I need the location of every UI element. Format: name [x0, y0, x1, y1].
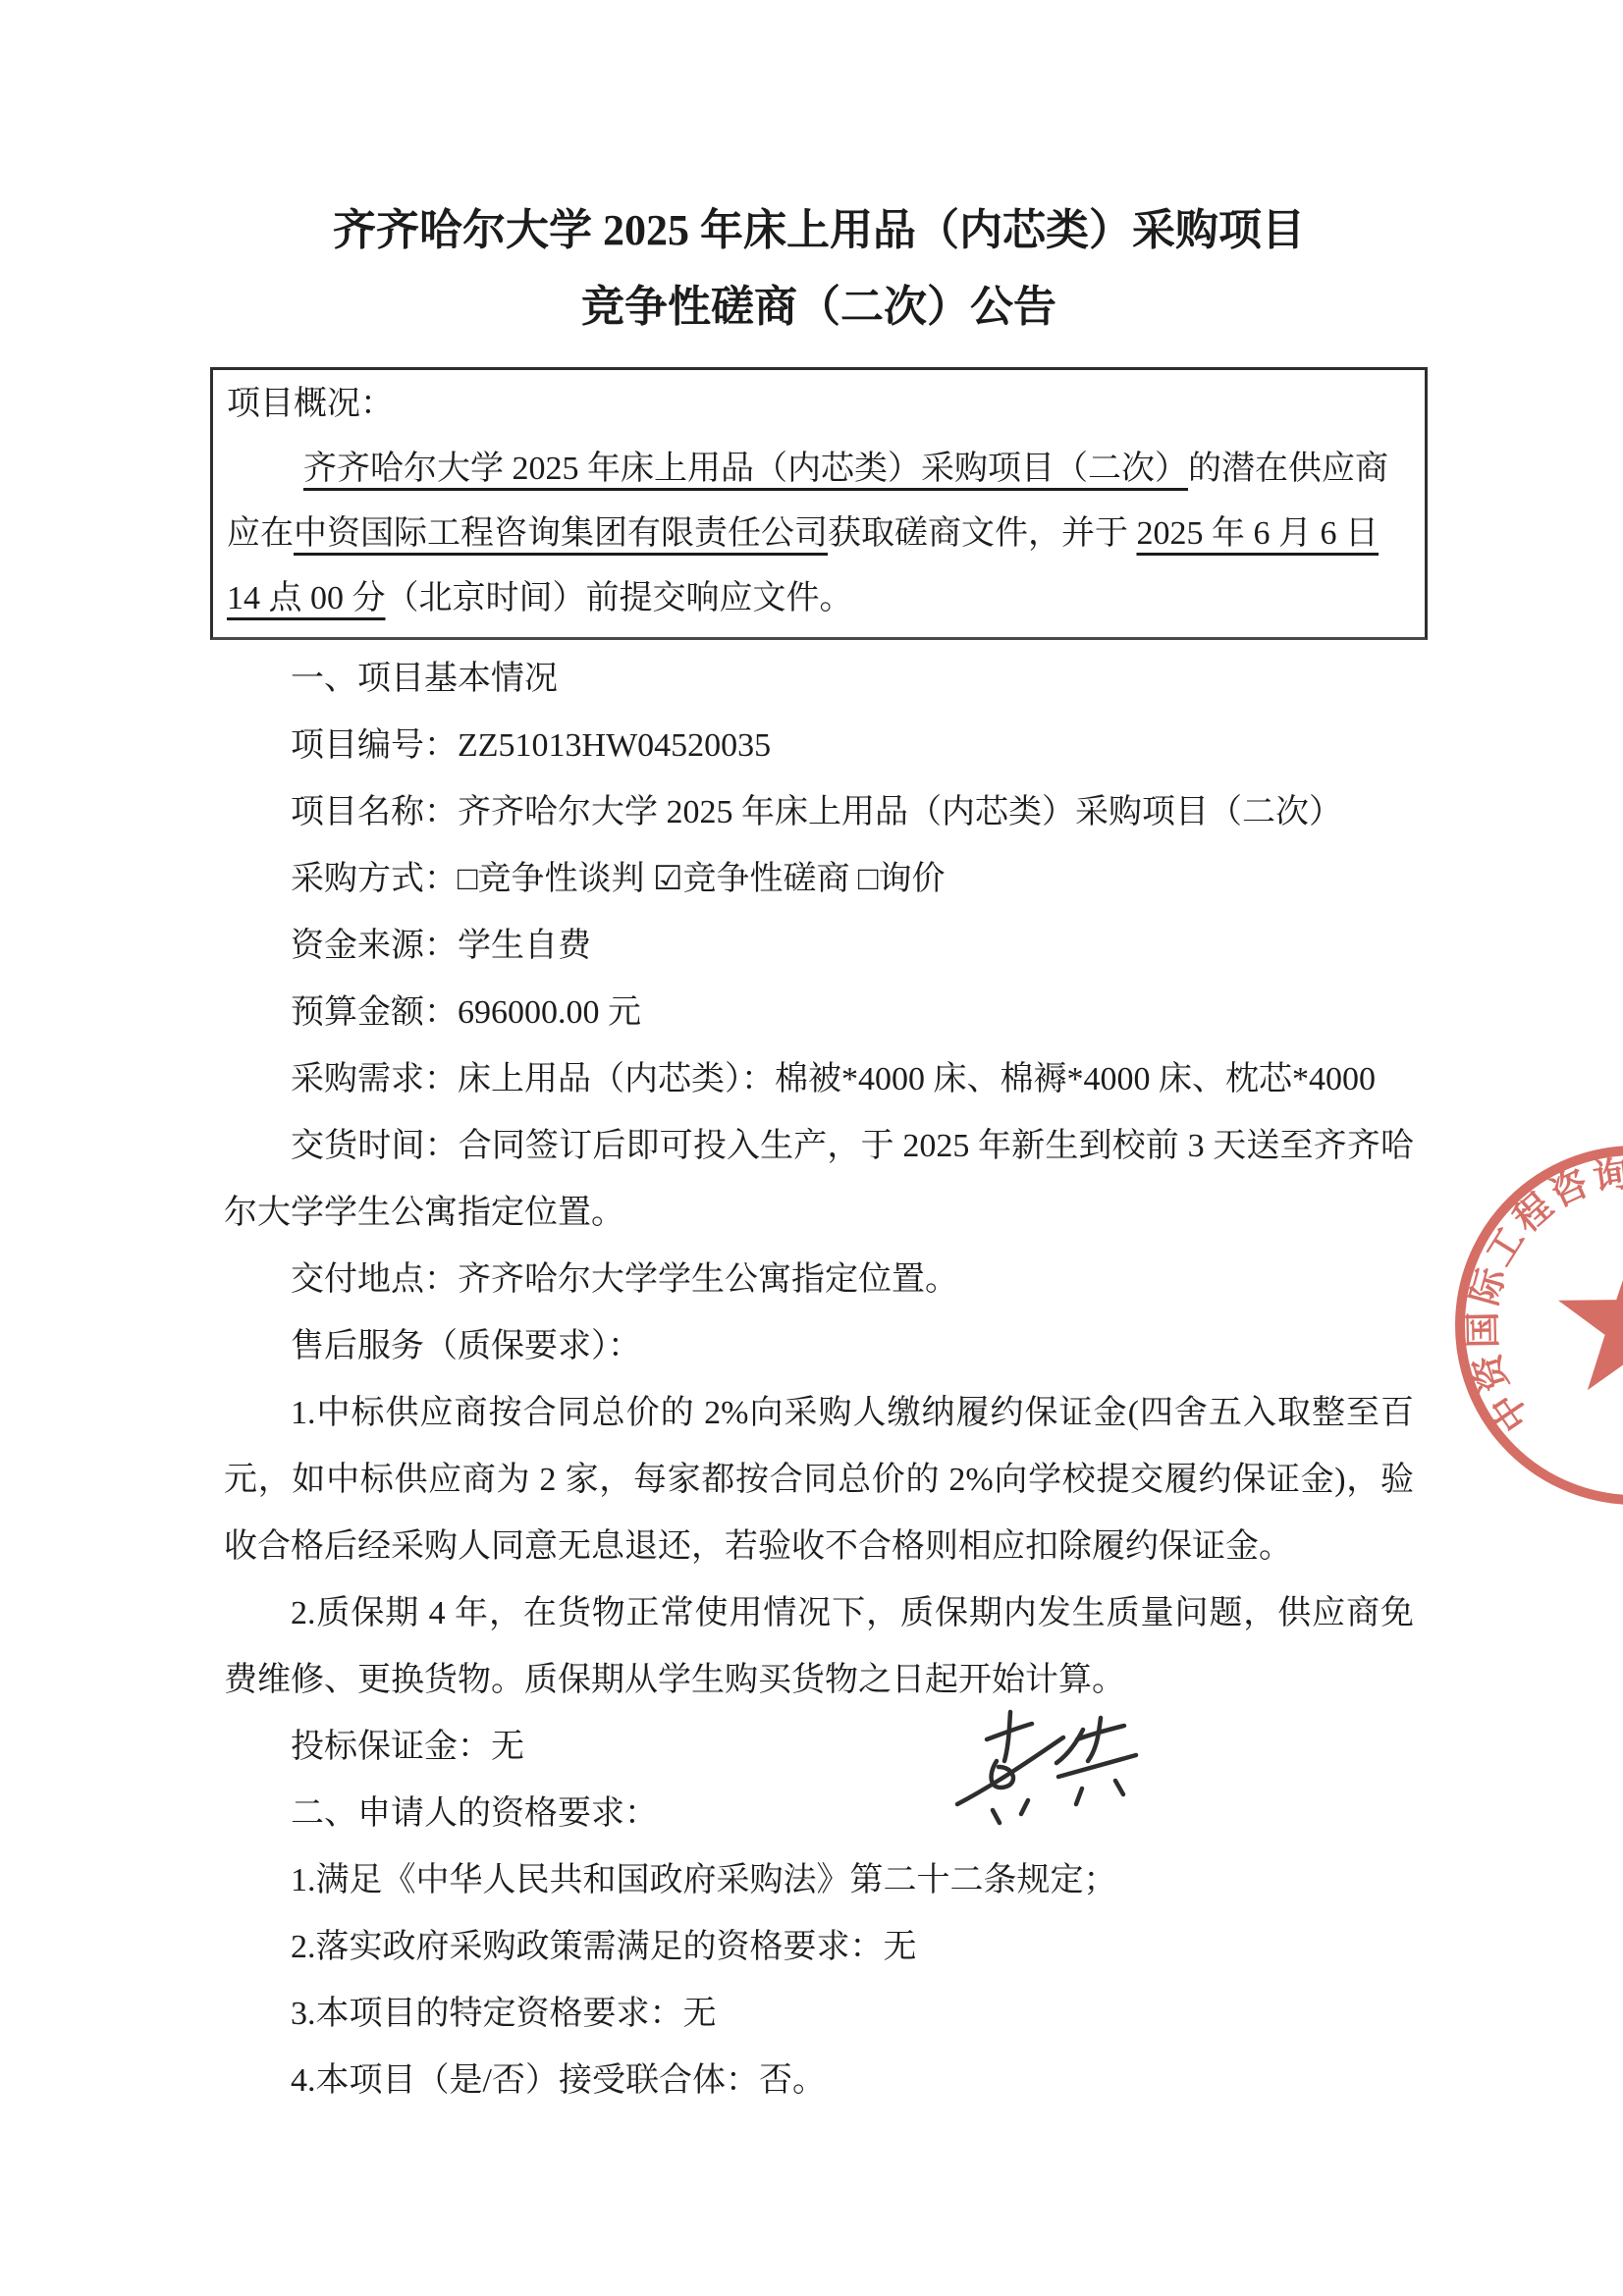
document-content: 齐齐哈尔大学 2025 年床上用品（内芯类）采购项目 竞争性磋商（二次）公告 项…: [224, 192, 1414, 2114]
procurement-demand: 采购需求：床上用品（内芯类）：棉被*4000 床、棉褥*4000 床、枕芯*40…: [224, 1046, 1414, 1113]
project-name: 项目名称：齐齐哈尔大学 2025 年床上用品（内芯类）采购项目（二次）: [224, 779, 1414, 846]
after-sales-heading: 售后服务（质保要求）：: [224, 1313, 1414, 1380]
project-overview-box: 项目概况： 齐齐哈尔大学 2025 年床上用品（内芯类）采购项目（二次）的潜在供…: [210, 367, 1428, 640]
funding-source: 资金来源：学生自费: [224, 913, 1414, 980]
budget-amount: 预算金额：696000.00 元: [224, 980, 1414, 1046]
seal-outer-ring: [1460, 1150, 1623, 1500]
bid-bond: 投标保证金：无: [224, 1714, 1414, 1781]
delivery-time: 交货时间：合同签订后即可投入生产，于 2025 年新生到校前 3 天送至齐齐哈尔…: [224, 1113, 1414, 1247]
qualification-item-3: 3.本项目的特定资格要求：无: [224, 1981, 1414, 2048]
seal-star-icon: [1558, 1245, 1623, 1390]
overview-agency-name: 中资国际工程咨询集团有限责任公司: [294, 515, 828, 552]
title-line-1: 齐齐哈尔大学 2025 年床上用品（内芯类）采购项目: [224, 192, 1414, 269]
qualification-item-1: 1.满足《中华人民共和国政府采购法》第二十二条规定；: [224, 1847, 1414, 1914]
section-heading-basic-info: 一、项目基本情况: [224, 646, 1414, 713]
after-sales-item-1: 1.中标供应商按合同总价的 2%向采购人缴纳履约保证金(四舍五入取整至百元，如中…: [224, 1380, 1414, 1580]
seal-company-name: 中资国际工程咨询集团有限责任公司: [1463, 1152, 1623, 1438]
document-page: 齐齐哈尔大学 2025 年床上用品（内芯类）采购项目 竞争性磋商（二次）公告 项…: [0, 0, 1623, 2296]
qualification-item-2: 2.落实政府采购政策需满足的资格要求：无: [224, 1914, 1414, 1981]
document-body: 一、项目基本情况 项目编号：ZZ51013HW04520035 项目名称：齐齐哈…: [224, 646, 1414, 2114]
overview-text-c: （北京时间）前提交响应文件。: [386, 580, 853, 616]
section-heading-qualifications: 二、申请人的资格要求：: [224, 1781, 1414, 1847]
qualification-item-4: 4.本项目（是/否）接受联合体：否。: [224, 2048, 1414, 2114]
title-line-2: 竞争性磋商（二次）公告: [224, 269, 1414, 346]
overview-paragraph: 齐齐哈尔大学 2025 年床上用品（内芯类）采购项目（二次）的潜在供应商应在中资…: [227, 437, 1413, 631]
company-seal-stamp: 中资国际工程咨询集团有限责任公司: [1419, 1109, 1623, 1541]
after-sales-item-2: 2.质保期 4 年，在货物正常使用情况下，质保期内发生质量问题，供应商免费维修、…: [224, 1580, 1414, 1714]
overview-text-b: 获取磋商文件，并于: [828, 515, 1137, 552]
project-number: 项目编号：ZZ51013HW04520035: [224, 713, 1414, 779]
delivery-place: 交付地点：齐齐哈尔大学学生公寓指定位置。: [224, 1247, 1414, 1313]
document-title: 齐齐哈尔大学 2025 年床上用品（内芯类）采购项目 竞争性磋商（二次）公告: [224, 192, 1414, 346]
overview-heading: 项目概况：: [227, 372, 1413, 437]
overview-project-name: 齐齐哈尔大学 2025 年床上用品（内芯类）采购项目（二次）: [303, 451, 1188, 487]
svg-text:中资国际工程咨询集团有限责任公司: 中资国际工程咨询集团有限责任公司: [1463, 1152, 1623, 1438]
procurement-method-checkboxes: 采购方式：□竞争性谈判 ☑竞争性磋商 □询价: [224, 846, 1414, 913]
